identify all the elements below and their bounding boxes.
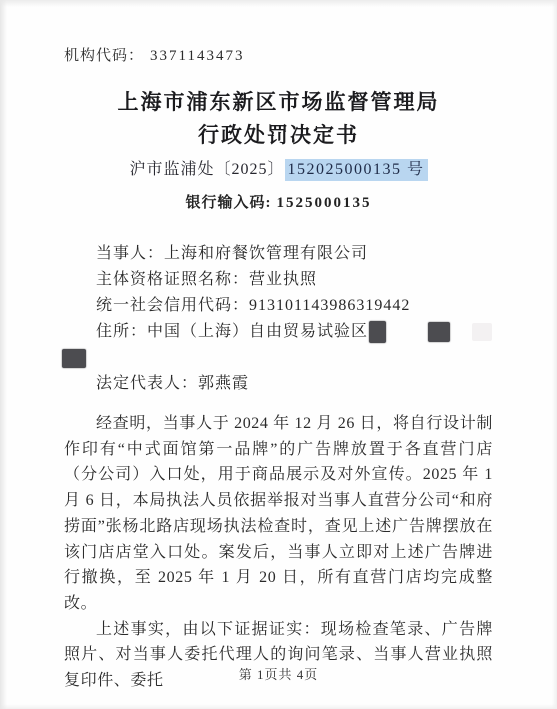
org-code-label: 机构代码： <box>64 48 144 64</box>
redaction-block <box>369 321 386 343</box>
address-text: 住所：中国（上海）自由贸易试验区 <box>96 319 368 345</box>
bank-code-value: 1525000135 <box>277 195 372 211</box>
decision-body: 经查明，当事人于 2024 年 12 月 26 日，将自行设计制作印有“中式面馆… <box>64 411 493 694</box>
address-continuation-line <box>64 345 493 371</box>
doc-number-highlighted[interactable]: 152025000135 号 <box>285 159 428 181</box>
party-line: 当事人：上海和府餐饮管理有限公司 <box>64 241 493 267</box>
redaction-block <box>472 323 492 341</box>
legal-representative-line: 法定代表人：郭燕霞 <box>64 371 493 397</box>
findings-paragraph: 经查明，当事人于 2024 年 12 月 26 日，将自行设计制作印有“中式面馆… <box>64 411 493 617</box>
title-doc-type: 行政处罚决定书 <box>198 123 359 147</box>
party-info-block: 当事人：上海和府餐饮管理有限公司 主体资格证照名称：营业执照 统一社会信用代码：… <box>64 241 493 397</box>
redaction-block <box>62 349 86 368</box>
doc-number-prefix: 沪市监浦处〔2025〕 <box>129 161 284 178</box>
bank-code-label: 银行输入码: <box>186 195 272 211</box>
credit-code-line: 统一社会信用代码：913101143986319442 <box>64 293 493 319</box>
license-name-line: 主体资格证照名称：营业执照 <box>64 267 493 293</box>
doc-number-line: 沪市监浦处〔2025〕152025000135 号 <box>0 159 557 181</box>
penalty-decision-page: 机构代码：3371143473 上海市浦东新区市场监督管理局 行政处罚决定书 沪… <box>0 0 557 709</box>
redaction-block <box>428 322 450 342</box>
address-line: 住所：中国（上海）自由贸易试验区 <box>64 319 493 345</box>
page-number-footer: 第 1页共 4页 <box>0 664 557 683</box>
org-code-line: 机构代码：3371143473 <box>64 0 557 66</box>
title-authority: 上海市浦东新区市场监督管理局 <box>118 90 440 114</box>
bank-code-line: 银行输入码:1525000135 <box>0 193 557 213</box>
document-title: 上海市浦东新区市场监督管理局 行政处罚决定书 <box>0 86 557 152</box>
org-code-value: 3371143473 <box>150 48 244 64</box>
